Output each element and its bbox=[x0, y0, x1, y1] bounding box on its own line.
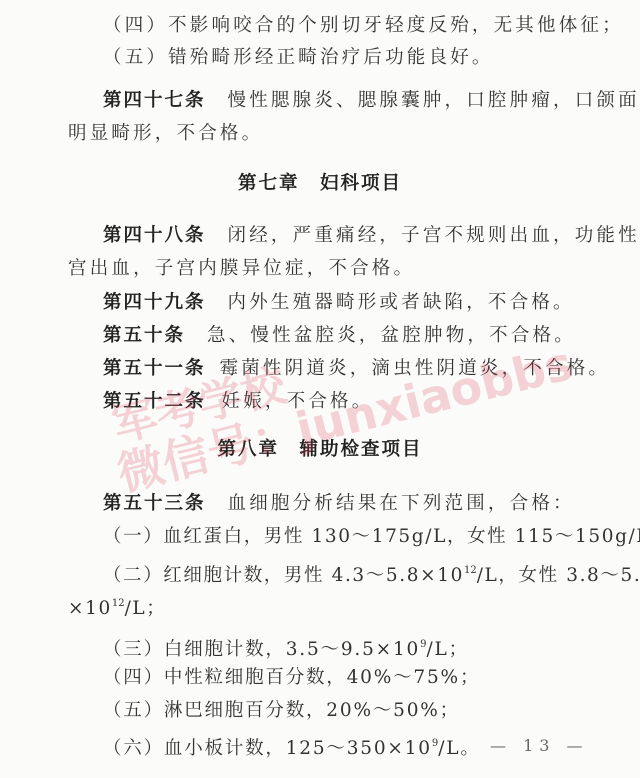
platelet-range: （六）血小板计数，125～350×10 bbox=[103, 738, 432, 759]
item-5-dental: （五）错殆畸形经正畸治疗后功能良好。 bbox=[103, 46, 494, 70]
exponent: 12 bbox=[464, 565, 477, 576]
article-48-continuation: 宫出血，子宫内膜异位症，不合格。 bbox=[68, 257, 415, 281]
page-number: — 13 — bbox=[490, 736, 589, 755]
item-wbc-count: （三）白细胞计数，3.5～9.5×109/L； bbox=[103, 633, 469, 662]
rbc-unit-suffix: /L； bbox=[125, 598, 167, 619]
article-52-text: 妊娠，不合格。 bbox=[222, 391, 374, 412]
article-47-continuation: 明显畸形，不合格。 bbox=[68, 122, 263, 146]
article-51-text: 霉菌性阴道炎，滴虫性阴道炎，不合格。 bbox=[220, 358, 611, 379]
document-page: （四）不影响咬合的个别切牙轻度反殆，无其他体征； （五）错殆畸形经正畸治疗后功能… bbox=[0, 0, 640, 778]
article-49: 第四十九条内外生殖器畸形或者缺陷，不合格。 bbox=[103, 291, 575, 315]
rbc-male-range: （二）红细胞计数，男性 4.3～5.8×10 bbox=[103, 565, 464, 586]
wbc-range: （三）白细胞计数，3.5～9.5×10 bbox=[103, 639, 420, 660]
article-52-title: 第五十二条 bbox=[103, 391, 206, 412]
article-47-title: 第四十七条 bbox=[103, 90, 206, 111]
article-48-text: 闭经，严重痛经，子宫不规则出血，功能性子 bbox=[228, 225, 640, 246]
article-53: 第五十三条血细胞分析结果在下列范围，合格： bbox=[103, 492, 575, 516]
platelet-unit: /L。 bbox=[438, 738, 480, 759]
article-51: 第五十一条霉菌性阴道炎，滴虫性阴道炎，不合格。 bbox=[103, 357, 610, 381]
item-4-dental: （四）不影响咬合的个别切牙轻度反殆，无其他体征； bbox=[103, 14, 624, 38]
item-lymphocyte: （五）淋巴细胞百分数，20%～50%； bbox=[103, 699, 460, 723]
item-platelet: （六）血小板计数，125～350×109/L。 bbox=[103, 732, 481, 761]
rbc-female-range: /L，女性 3.8～5.1 bbox=[477, 565, 640, 586]
item-rbc-continuation: ×1012/L； bbox=[68, 592, 166, 621]
article-47: 第四十七条慢性腮腺炎、腮腺囊肿，口腔肿瘤，口颌面部 bbox=[103, 89, 640, 113]
exponent: 12 bbox=[112, 598, 125, 609]
chapter-8-heading: 第八章 辅助检查项目 bbox=[0, 438, 640, 462]
wbc-unit: /L； bbox=[426, 639, 468, 660]
article-53-title: 第五十三条 bbox=[103, 493, 206, 514]
article-50-title: 第五十条 bbox=[103, 325, 185, 346]
chapter-7-heading: 第七章 妇科项目 bbox=[0, 172, 640, 196]
article-49-title: 第四十九条 bbox=[103, 292, 206, 313]
item-rbc-count: （二）红细胞计数，男性 4.3～5.8×1012/L，女性 3.8～5.1 bbox=[103, 559, 640, 588]
article-47-text: 慢性腮腺炎、腮腺囊肿，口腔肿瘤，口颌面部 bbox=[228, 90, 640, 111]
article-51-title: 第五十一条 bbox=[103, 358, 206, 379]
item-hemoglobin: （一）血红蛋白，男性 130～175g/L，女性 115～150g/L； bbox=[103, 525, 640, 549]
article-52: 第五十二条妊娠，不合格。 bbox=[103, 390, 373, 414]
article-48: 第四十八条闭经，严重痛经，子宫不规则出血，功能性子 bbox=[103, 224, 640, 248]
item-neutrophil: （四）中性粒细胞百分数，40%～75%； bbox=[103, 666, 480, 690]
article-48-title: 第四十八条 bbox=[103, 225, 206, 246]
watermark-line-2: 微信号：junxiaobbs bbox=[110, 327, 579, 504]
article-49-text: 内外生殖器畸形或者缺陷，不合格。 bbox=[228, 292, 575, 313]
article-53-text: 血细胞分析结果在下列范围，合格： bbox=[228, 493, 575, 514]
rbc-unit-prefix: ×10 bbox=[68, 598, 112, 619]
article-50: 第五十条急、慢性盆腔炎，盆腔肿物，不合格。 bbox=[103, 324, 576, 348]
article-50-text: 急、慢性盆腔炎，盆腔肿物，不合格。 bbox=[207, 325, 576, 346]
